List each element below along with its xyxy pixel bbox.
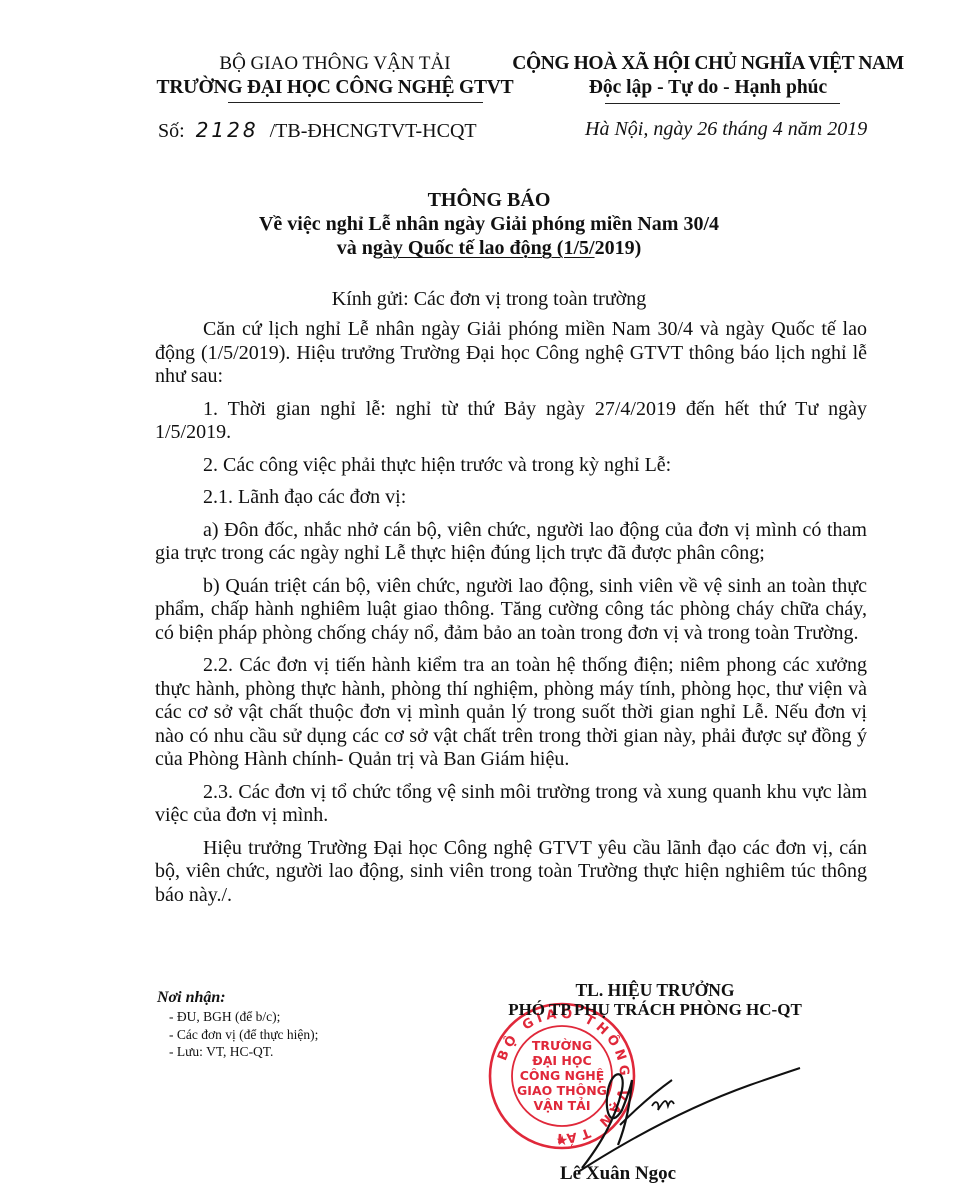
national-header: CỘNG HOÀ XÃ HỘI CHỦ NGHĨA VIỆT NAM Độc l… <box>508 52 908 104</box>
body-paragraph: b) Quán triệt cán bộ, viên chức, người l… <box>155 575 867 646</box>
title-subtitle-line1: Về việc nghỉ Lễ nhân ngày Giải phóng miề… <box>0 212 978 236</box>
document-title: THÔNG BÁO Về việc nghỉ Lễ nhân ngày Giải… <box>0 188 978 260</box>
doc-number-code: /TB-ĐHCNGTVT-HCQT <box>270 120 477 142</box>
header-right-underline <box>605 103 840 104</box>
title-heading: THÔNG BÁO <box>0 188 978 212</box>
document-body: Căn cứ lịch nghỉ Lễ nhân ngày Giải phóng… <box>155 318 867 916</box>
subtitle-part: 2019) <box>595 237 642 259</box>
recipient-item: - Các đơn vị (để thực hiện); <box>157 1026 457 1044</box>
subtitle-part: và ng <box>337 237 383 259</box>
signer-name: Lê Xuân Ngọc <box>560 1163 676 1185</box>
issuer-header: BỘ GIAO THÔNG VẬN TẢI TRƯỜNG ĐẠI HỌC CÔN… <box>140 52 530 103</box>
signature-authority-line: TL. HIỆU TRƯỞNG <box>470 980 840 1000</box>
doc-number-handwritten: 2128 <box>190 118 265 142</box>
body-paragraph: Căn cứ lịch nghỉ Lễ nhân ngày Giải phóng… <box>155 318 867 389</box>
nation-name: CỘNG HOÀ XÃ HỘI CHỦ NGHĨA VIỆT NAM <box>508 52 908 76</box>
addressee-line: Kính gửi: Các đơn vị trong toàn trường <box>0 288 978 311</box>
body-paragraph: 2.3. Các đơn vị tổ chức tổng vệ sinh môi… <box>155 781 867 828</box>
body-paragraph: a) Đôn đốc, nhắc nhở cán bộ, viên chức, … <box>155 519 867 566</box>
signature-title-line: PHÓ TP PHỤ TRÁCH PHÒNG HC-QT <box>470 1000 840 1020</box>
recipients-list: Nơi nhận: - ĐU, BGH (để b/c); - Các đơn … <box>157 988 457 1061</box>
handwritten-signature <box>560 1050 810 1180</box>
national-motto: Độc lập - Tự do - Hạnh phúc <box>508 76 908 100</box>
document-number: Số: 2128 /TB-ĐHCNGTVT-HCQT <box>158 118 477 143</box>
body-paragraph: 2.2. Các đơn vị tiến hành kiểm tra an to… <box>155 654 867 772</box>
recipients-label: Nơi nhận: <box>157 988 457 1008</box>
title-subtitle-line2: và ngày Quốc tế lao động (1/5/2019) <box>0 236 978 260</box>
body-paragraph: 1. Thời gian nghỉ lễ: nghỉ từ thứ Bảy ng… <box>155 398 867 445</box>
body-paragraph: 2.1. Lãnh đạo các đơn vị: <box>155 486 867 510</box>
recipient-item: - Lưu: VT, HC-QT. <box>157 1043 457 1061</box>
body-paragraph: Hiệu trưởng Trường Đại học Công nghệ GTV… <box>155 837 867 908</box>
subtitle-underlined-part: ày Quốc tế lao động (1/5/ <box>383 237 595 259</box>
signature-scribble-icon <box>560 1050 810 1180</box>
header-left-underline <box>228 102 483 103</box>
ministry-name: BỘ GIAO THÔNG VẬN TẢI <box>140 52 530 76</box>
signature-block: TL. HIỆU TRƯỞNG PHÓ TP PHỤ TRÁCH PHÒNG H… <box>470 980 840 1020</box>
document-date: Hà Nội, ngày 26 tháng 4 năm 2019 <box>585 118 867 141</box>
body-paragraph: 2. Các công việc phải thực hiện trước và… <box>155 454 867 478</box>
doc-number-prefix: Số: <box>158 120 185 142</box>
school-name: TRƯỜNG ĐẠI HỌC CÔNG NGHỆ GTVT <box>140 76 530 100</box>
recipient-item: - ĐU, BGH (để b/c); <box>157 1008 457 1026</box>
